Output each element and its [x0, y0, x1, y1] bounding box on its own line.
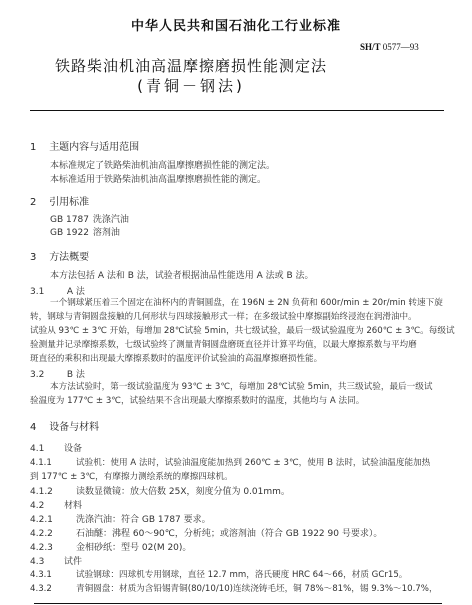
- subsection-title: B 法: [67, 370, 85, 380]
- reference-item: GB 1787 洗涤汽油: [50, 214, 129, 227]
- reference-name: 溶剂油: [93, 228, 120, 238]
- item-number: 4.2: [30, 501, 64, 511]
- item-4-1: 4.1设备: [30, 441, 82, 454]
- item-text: 试验钢球：四球机专用钢球，直径 12.7 mm，洛氏硬度 HRC 64～66，材…: [76, 570, 407, 580]
- paragraph: 本标准适用于铁路柴油机油高温摩擦磨损性能的测定。: [50, 174, 266, 187]
- item-text: 试件: [64, 557, 82, 567]
- item-text: 读数显微镜：放大倍数 25X，刻度分值为 0.01mm。: [76, 487, 290, 497]
- footer-divider: [34, 603, 442, 604]
- item-text: 材料: [64, 501, 82, 511]
- section-number: 1: [30, 142, 46, 153]
- item-4-2-2: 4.2.2石油醚：沸程 60～90℃，分析纯；或溶剂油（符合 GB 1922 9…: [30, 526, 382, 539]
- paragraph-line: 验温度为 177℃ ± 3℃，试验结果不含出现最大摩擦系数时的温度，其他均与 A…: [30, 395, 364, 408]
- standard-code-prefix: SH/T: [360, 42, 381, 52]
- paragraph: 本方法包括 A 法和 B 法，试验者根据油品性能选用 A 法或 B 法。: [50, 270, 314, 283]
- paragraph-line: 一个钢球紧压着三个固定在油杯内的青铜圆盘，在 196N ± 2N 负荷和 600…: [50, 297, 443, 310]
- item-number: 4.1: [30, 444, 64, 454]
- section-1-heading: 1 主题内容与适用范围: [30, 138, 139, 153]
- item-text: 洗涤汽油：符合 GB 1787 要求。: [76, 515, 211, 525]
- item-4-2-1: 4.2.1洗涤汽油：符合 GB 1787 要求。: [30, 512, 211, 525]
- paragraph-line: 试验从 93℃ ± 3℃ 开始，每增加 28℃试验 5min，共七级试验，最后一…: [30, 325, 455, 338]
- section-3-heading: 3 方法概要: [30, 248, 89, 263]
- item-number: 4.1.1: [30, 458, 76, 468]
- organization-header: 中华人民共和国石油化工行业标准: [0, 15, 472, 34]
- section-title: 方法概要: [49, 252, 89, 263]
- subsection-3-2-heading: 3.2 B 法: [30, 367, 85, 380]
- item-4-1-1: 4.1.1试验机：使用 A 法时，试验油温度能加热到 260℃ ± 3℃，使用 …: [30, 456, 430, 468]
- subsection-number: 3.2: [30, 370, 64, 380]
- item-4-2-3: 4.2.3金相砂纸：型号 02(M 20)。: [30, 540, 191, 553]
- section-number: 4: [30, 422, 46, 433]
- item-4-3-1: 4.3.1试验钢球：四球机专用钢球，直径 12.7 mm，洛氏硬度 HRC 64…: [30, 568, 407, 580]
- subsection-3-1-heading: 3.1 A 法: [30, 284, 85, 297]
- document-subtitle: (青铜－钢法): [0, 75, 472, 96]
- paragraph-line: 本方法试验时，第一级试验温度为 93℃ ± 3℃，每增加 28℃试验 5min，…: [50, 381, 432, 394]
- item-text: 试验机：使用 A 法时，试验油温度能加热到 260℃ ± 3℃，使用 B 法时，…: [76, 458, 430, 468]
- section-title: 主题内容与适用范围: [49, 142, 139, 153]
- section-4-heading: 4 设备与材料: [30, 418, 99, 433]
- item-text: 石油醚：沸程 60～90℃，分析纯；或溶剂油（符合 GB 1922 90 号要求…: [76, 529, 382, 539]
- paragraph: 本标准规定了铁路柴油机油高温摩擦磨损性能的测定法。: [50, 160, 275, 173]
- standard-code-number: 0577—93: [383, 42, 419, 52]
- subsection-title: A 法: [67, 287, 85, 297]
- item-text: 青铜圆盘：材质为含铅锡青铜(80/10/10)连续浇铸毛坯，铜 78%～81%，…: [76, 584, 438, 594]
- item-text: 设备: [64, 444, 82, 454]
- document-title: 铁路柴油机油高温摩擦磨损性能测定法: [0, 55, 472, 76]
- item-number: 4.3: [30, 557, 64, 567]
- item-number: 4.3.1: [30, 570, 76, 580]
- item-number: 4.3.2: [30, 584, 76, 594]
- reference-code: GB 1787: [50, 214, 90, 227]
- item-number: 4.2.3: [30, 543, 76, 553]
- reference-item: GB 1922 溶剂油: [50, 227, 120, 240]
- item-4-3: 4.3试件: [30, 554, 82, 567]
- item-4-3-2: 4.3.2青铜圆盘：材质为含铅锡青铜(80/10/10)连续浇铸毛坯，铜 78%…: [30, 582, 438, 594]
- item-4-2: 4.2材料: [30, 498, 82, 511]
- paragraph-line: 验测量并记录摩擦系数，七级试验终了测量青铜圆盘磨斑直径并计算平均值，以最大摩擦系…: [30, 339, 417, 352]
- standard-code: SH/T 0577—93: [360, 42, 419, 52]
- reference-name: 洗涤汽油: [93, 215, 129, 225]
- paragraph-line: 斑直径的乘积和出现最大摩擦系数时的温度评价试验油的高温摩擦磨损性能。: [30, 353, 322, 366]
- section-title: 设备与材料: [49, 422, 99, 433]
- item-continuation: 到 177℃ ± 3℃，有摩擦力测绘系统的摩擦四球机。: [30, 470, 233, 482]
- item-number: 4.2.2: [30, 529, 76, 539]
- paragraph-line: 转，钢球与青铜圆盘接触的几何形状与四球接触形式一样；在多级试验中摩擦副始终浸泡在…: [30, 311, 417, 324]
- item-text: 金相砂纸：型号 02(M 20)。: [76, 543, 191, 553]
- item-4-1-2: 4.1.2读数显微镜：放大倍数 25X，刻度分值为 0.01mm。: [30, 484, 290, 497]
- section-title: 引用标准: [49, 197, 89, 208]
- section-number: 2: [30, 197, 46, 208]
- item-number: 4.1.2: [30, 487, 76, 497]
- section-2-heading: 2 引用标准: [30, 193, 89, 208]
- section-number: 3: [30, 252, 46, 263]
- item-text: 到 177℃ ± 3℃，有摩擦力测绘系统的摩擦四球机。: [30, 472, 233, 482]
- item-number: 4.2.1: [30, 515, 76, 525]
- subsection-number: 3.1: [30, 287, 64, 297]
- reference-code: GB 1922: [50, 227, 90, 240]
- header-divider: [30, 110, 444, 111]
